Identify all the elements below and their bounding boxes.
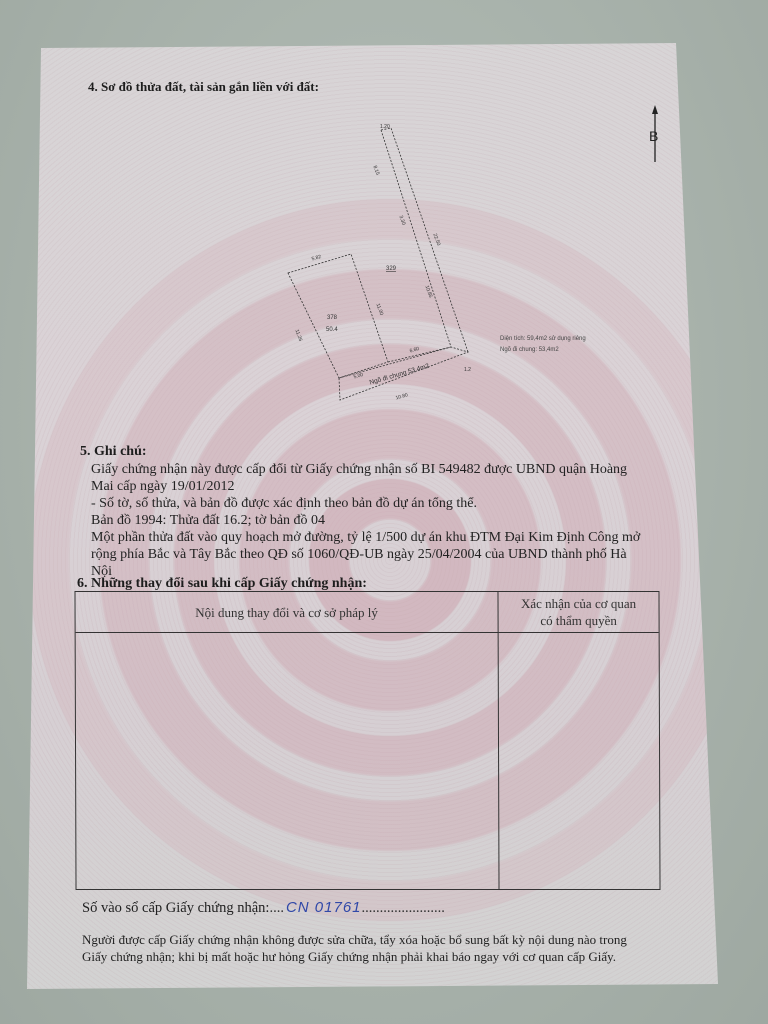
dim-common-top: 6.60 [409, 346, 420, 355]
section-6-title: 6. Những thay đổi sau khi cấp Giấy chứng… [77, 576, 367, 592]
register-dots: ....................... [362, 900, 445, 916]
legend-common-path: Ngõ đi chung: 53,4m2 [500, 345, 586, 356]
register-label: Số vào sổ cấp Giấy chứng nhận: [82, 900, 269, 916]
dim-common-end: 1.2 [464, 367, 471, 373]
dim-top-strip: 1.20 [380, 124, 390, 130]
register-dots: .... [269, 900, 284, 916]
column-divider [498, 632, 500, 889]
register-number-row: Số vào sổ cấp Giấy chứng nhận:....CN 017… [82, 899, 445, 917]
dim-378-top: 5.82 [311, 254, 322, 263]
header-authority-text: Xác nhận của cơ quan có thẩm quyền [518, 595, 638, 629]
register-number-handwritten: CN 01761 [286, 899, 362, 916]
dim-378-left: 11.26 [293, 329, 303, 343]
header-authority-confirmation: Xác nhận của cơ quan có thẩm quyền [498, 592, 658, 633]
dim-common-bottom: 10.80 [395, 392, 409, 401]
warning-notice: Người được cấp Giấy chứng nhận không đượ… [82, 931, 627, 965]
dim-378-right: 11.00 [374, 303, 384, 317]
note-line: Một phần thửa đất vào quy hoạch mở đường… [91, 529, 681, 546]
parcel-378-id: 378 [327, 315, 338, 321]
note-line: Bản đồ 1994: Thửa đất 16.2; tờ bản đồ 04 [91, 512, 681, 529]
diagram-legend: Diện tích: 59,4m2 sử dụng riêng Ngõ đi c… [500, 334, 586, 356]
parcel-329-id: 329 [386, 266, 397, 272]
note-line: Giấy chứng nhận này được cấp đổi từ Giấy… [91, 461, 681, 478]
warning-line: Người được cấp Giấy chứng nhận không đượ… [82, 931, 627, 948]
dim-strip-left-lower: 3.30 [397, 215, 406, 226]
dim-strip-left-upper: 8.15 [371, 165, 380, 176]
common-path-label: Ngõ đi chung 53.4m2 [369, 363, 431, 387]
certificate-page: 4. Sơ đồ thửa đất, tài sản gắn liền với … [0, 0, 768, 1024]
parcel-diagram: 1.20 8.15 3.30 22.50 5.82 329 10.85 11.0… [0, 0, 768, 420]
legend-private-area: Diện tích: 59,4m2 sử dụng riêng [500, 334, 586, 345]
note-line: Mai cấp ngày 19/01/2012 [91, 478, 681, 495]
dim-378-bottom: 5.00 [353, 372, 364, 381]
changes-table: Nội dung thay đổi và cơ sở pháp lý Xác n… [74, 591, 660, 890]
warning-line: Giấy chứng nhận; khi bị mất hoặc hư hỏng… [82, 948, 627, 965]
note-line: rộng phía Bắc và Tây Bắc theo QĐ số 1060… [91, 546, 681, 563]
notes-block: Giấy chứng nhận này được cấp đổi từ Giấy… [91, 461, 681, 580]
header-change-content: Nội dung thay đổi và cơ sở pháp lý [75, 592, 498, 633]
parcel-378-area: 50.4 [326, 327, 338, 333]
dim-strip-right: 22.50 [431, 233, 441, 247]
note-line: - Số tờ, số thửa, và bản đồ được xác địn… [91, 495, 681, 512]
section-5-title: 5. Ghi chú: [80, 444, 147, 460]
